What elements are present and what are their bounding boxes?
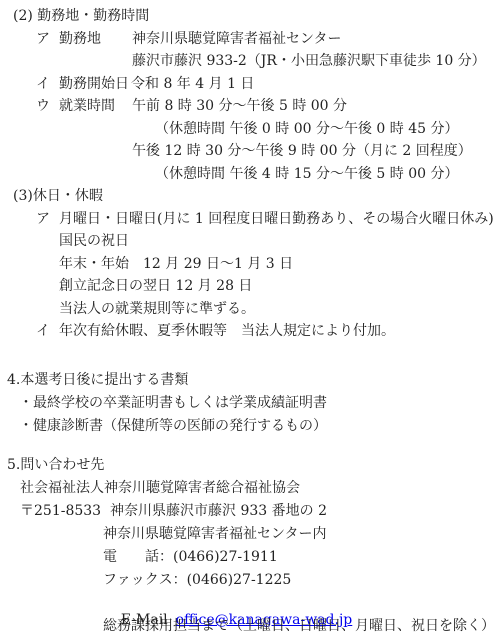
hours-day-shift: 午前 8 時 30 分～午後 5 時 00 分 xyxy=(132,98,347,115)
start-date-value: 令和 8 年 4 月 1 日 xyxy=(131,76,254,93)
contact-postal-code: 〒251-8533 xyxy=(20,503,101,520)
holiday-detail-line: 年末・年始 12 月 29 日～1 月 3 日 xyxy=(59,256,293,273)
documents-section-heading: 4.本選考日後に提出する書類 xyxy=(7,372,188,389)
regular-holidays-text: 月曜日・日曜日(月に 1 回程度日曜日勤務あり、その場合火曜日休み) xyxy=(59,211,494,228)
contact-note: 総務課採用担当まで（土曜日、日曜日、月曜日、祝日を除く） xyxy=(103,618,495,635)
regular-holidays-marker: ア xyxy=(36,211,50,228)
hours-late-break: （休憩時間 午後 4 時 15 分～午後 5 時 00 分） xyxy=(155,166,459,183)
start-date-marker: イ xyxy=(36,76,50,93)
document-bullet: ・最終学校の卒業証明書もしくは学業成績証明書 xyxy=(19,395,327,412)
holiday-detail-line: 当法人の就業規則等に準ずる。 xyxy=(59,301,255,318)
contact-address-2: 神奈川県聴覚障害者福祉センター内 xyxy=(103,526,326,543)
contact-address-1: 神奈川県藤沢市藤沢 933 番地の 2 xyxy=(110,503,327,520)
start-date-label: 勤務開始日 xyxy=(59,76,129,93)
contact-fax: ファックス：(0466)27-1225 xyxy=(103,572,291,589)
contact-phone: 電 話：(0466)27-1911 xyxy=(103,549,278,566)
document-page: (2) 勤務地・勤務時間 ア 勤務地 神奈川県聴覚障害者福祉センター 藤沢市藤沢… xyxy=(0,0,497,644)
contact-organization: 社会福祉法人神奈川聴覚障害者総合福祉協会 xyxy=(20,480,300,497)
holiday-section-heading: (3)休日・休暇 xyxy=(13,188,103,205)
holiday-detail-line: 創立記念日の翌日 12 月 28 日 xyxy=(59,278,252,295)
hours-late-shift: 午後 12 時 30 分～午後 9 時 00 分（月に 2 回程度） xyxy=(132,143,472,160)
hours-marker: ウ xyxy=(36,98,50,115)
workplace-marker: ア xyxy=(36,31,50,48)
hours-label: 就業時間 xyxy=(59,98,115,115)
work-section-heading: (2) 勤務地・勤務時間 xyxy=(13,8,149,25)
hours-day-break: （休憩時間 午後 0 時 00 分～午後 0 時 45 分） xyxy=(155,121,459,138)
workplace-value: 神奈川県聴覚障害者福祉センター xyxy=(132,31,341,48)
workplace-label: 勤務地 xyxy=(59,31,101,48)
paid-leave-text: 年次有給休暇、夏季休暇等 当法人規定により付加。 xyxy=(59,323,395,340)
paid-leave-marker: イ xyxy=(36,323,50,340)
workplace-address: 藤沢市藤沢 933-2（JR・小田急藤沢駅下車徒歩 10 分） xyxy=(132,53,486,70)
contact-section-heading: 5.問い合わせ先 xyxy=(7,457,104,474)
holiday-detail-line: 国民の祝日 xyxy=(59,233,129,250)
document-bullet: ・健康診断書（保健所等の医師の発行するもの） xyxy=(19,418,327,435)
